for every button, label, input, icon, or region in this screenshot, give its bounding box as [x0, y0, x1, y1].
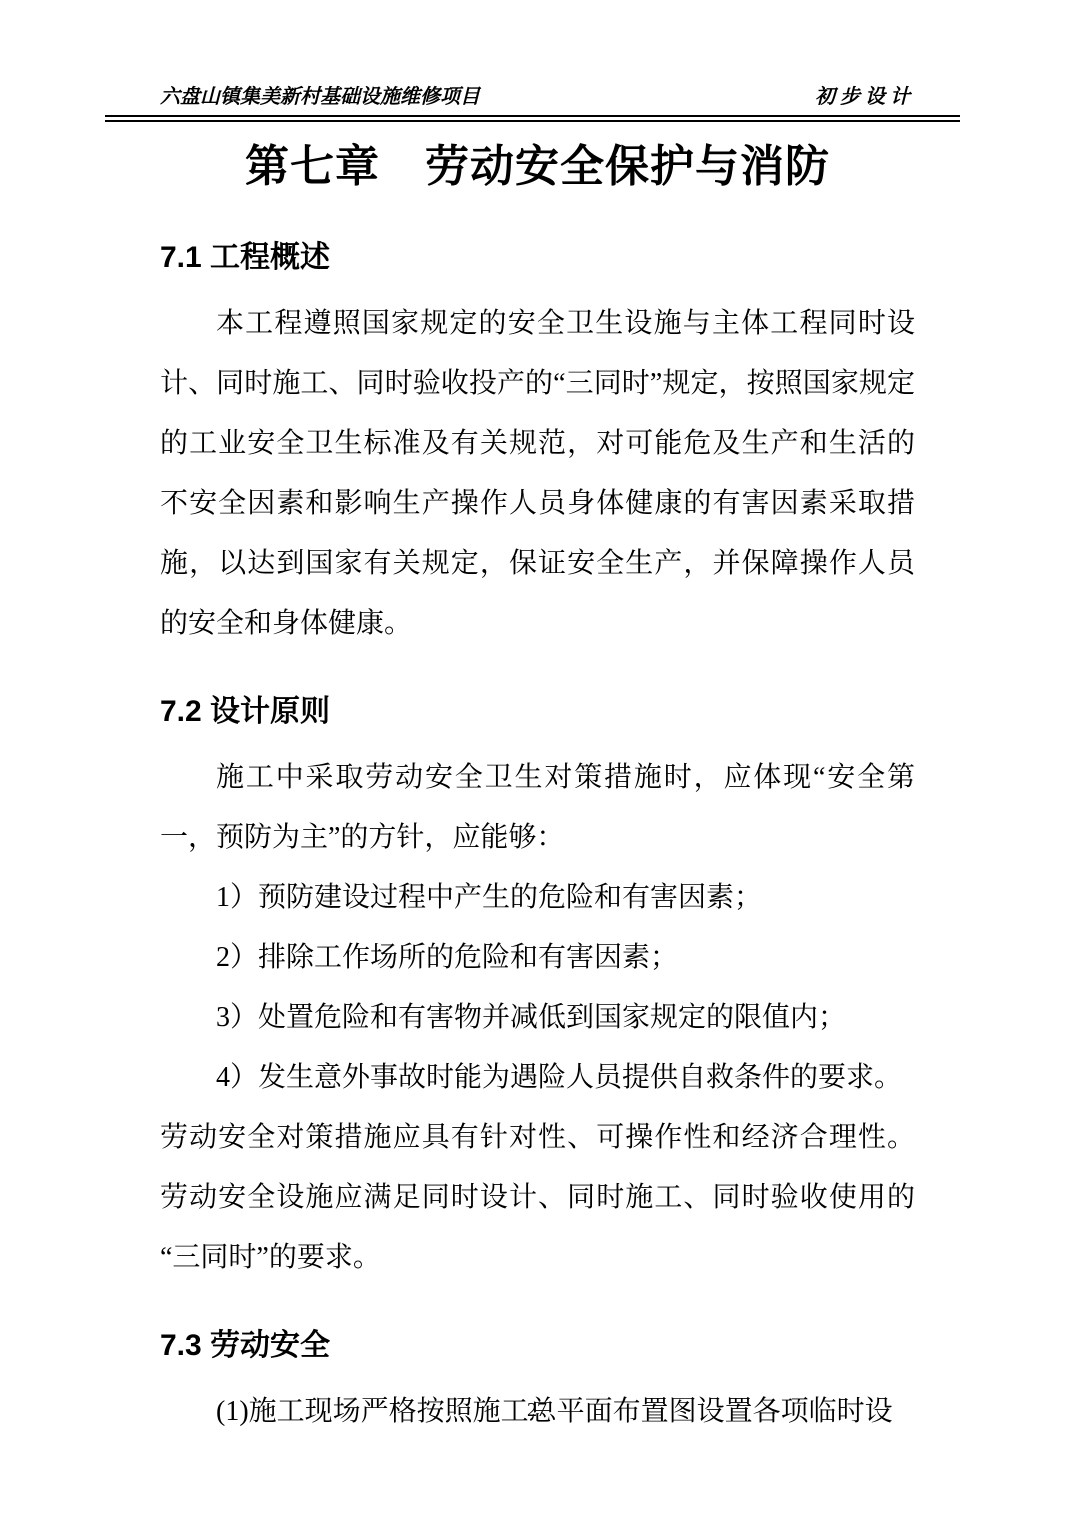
header-double-rule [105, 115, 960, 122]
list-item-2: 2）排除工作场所的危险和有害因素； [160, 928, 915, 988]
section-heading-7-3: 7.3 劳动安全 [160, 1328, 915, 1364]
list-item-1: 1）预防建设过程中产生的危险和有害因素； [160, 868, 915, 928]
paragraph-7-1: 本工程遵照国家规定的安全卫生设施与主体工程同时设计、同时施工、同时验收投产的“三… [160, 294, 915, 654]
section-heading-7-2: 7.2 设计原则 [160, 694, 915, 730]
paragraph-7-2-conclusion: 劳动安全对策措施应具有针对性、可操作性和经济合理性。劳动安全设施应满足同时设计、… [160, 1108, 915, 1288]
list-item-4: 4）发生意外事故时能为遇险人员提供自救条件的要求。 [160, 1048, 915, 1108]
chapter-title: 第七章 劳动安全保护与消防 [160, 140, 915, 194]
header-doc-type: 初步设计 [815, 86, 915, 108]
document-page: 六盘山镇集美新村基础设施维修项目 初步设计 第七章 劳动安全保护与消防 7.1 … [0, 0, 1074, 1520]
page-header: 六盘山镇集美新村基础设施维修项目 初步设计 [160, 0, 915, 108]
list-item-3: 3）处置危险和有害物并减低到国家规定的限值内； [160, 988, 915, 1048]
paragraph-7-2-intro: 施工中采取劳动安全卫生对策措施时，应体现“安全第一，预防为主”的方针，应能够： [160, 748, 915, 868]
section-heading-7-1: 7.1 工程概述 [160, 240, 915, 276]
page-number: 27 [0, 1398, 1074, 1422]
header-project-title: 六盘山镇集美新村基础设施维修项目 [160, 86, 480, 108]
